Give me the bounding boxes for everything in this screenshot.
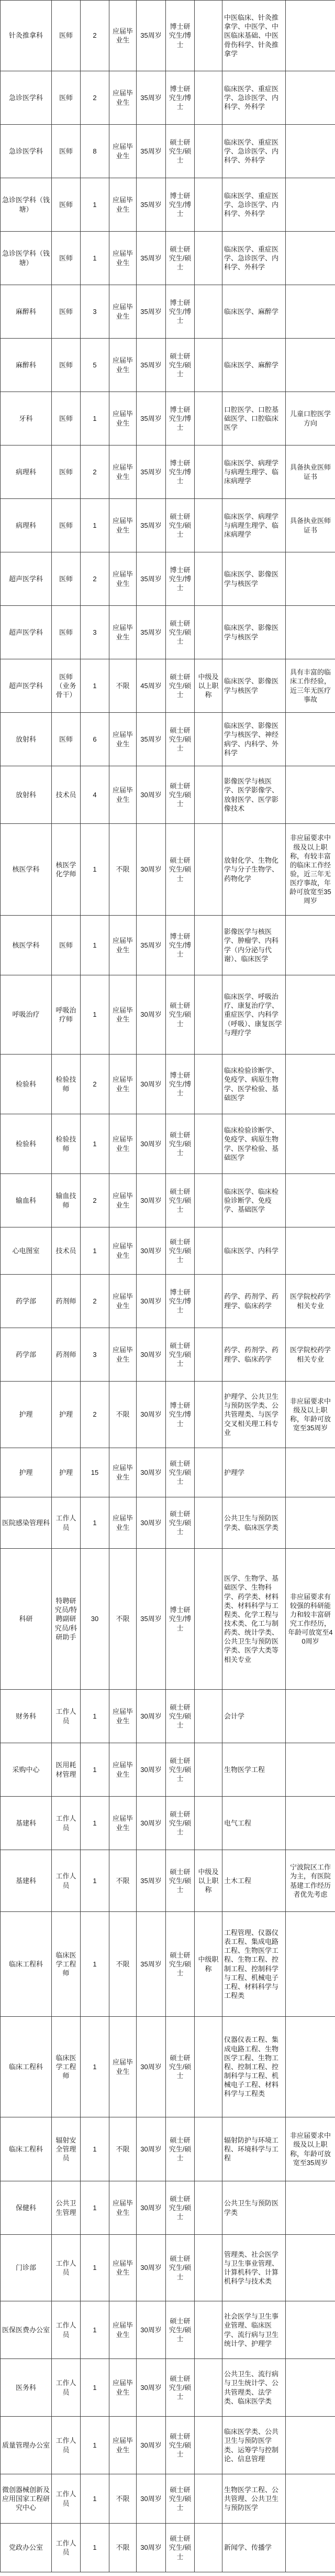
cell-major: 临床医学、影像医学与核医学 <box>222 659 286 713</box>
cell-department: 护理 <box>1 1448 52 1497</box>
cell-major: 临床医学、重症医学、急诊医学、内科学、外科学 <box>222 71 286 125</box>
cell-degree: 硕士研究生/硕士 <box>166 232 195 285</box>
cell-headcount: 1 <box>81 178 109 232</box>
cell-headcount: 1 <box>81 1227 109 1275</box>
cell-position: 医师 <box>52 552 81 606</box>
cell-graduate-type: 应届毕业生 <box>109 1055 137 1114</box>
cell-title-requirement <box>195 71 222 125</box>
cell-title-requirement <box>195 1382 222 1448</box>
cell-position: 特聘研究员/特聘副研究员/科研助手 <box>52 1549 81 1690</box>
cell-department: 财务科 <box>1 1690 52 1743</box>
cell-position: 医师 <box>52 713 81 766</box>
cell-title-requirement <box>195 1055 222 1114</box>
cell-headcount: 1 <box>81 499 109 552</box>
cell-graduate-type: 应届毕业生 <box>109 975 137 1055</box>
cell-degree: 博士研究生/博士 <box>166 552 195 606</box>
cell-major: 临床医学、影像医学与核医学 <box>222 606 286 659</box>
cell-headcount: 1 <box>81 2017 109 2117</box>
table-row: 检验科检验技师2应届毕业生30周岁博士研究生/博士临床检验诊断学、免疫学、病原生… <box>1 1055 335 1114</box>
cell-degree: 硕士研究生/硕士 <box>166 2181 195 2235</box>
cell-remark <box>286 1227 335 1275</box>
cell-remark <box>286 916 335 975</box>
cell-age-limit: 30周岁 <box>137 1382 166 1448</box>
cell-position: 工作人员 <box>52 2417 81 2474</box>
cell-position: 临床医学工程师 <box>52 1912 81 2017</box>
cell-title-requirement <box>195 2117 222 2181</box>
cell-remark <box>286 178 335 232</box>
cell-department: 检验科 <box>1 1114 52 1174</box>
table-row: 保健科公共卫生管理1应届毕业生30周岁硕士研究生/硕士公共卫生与预防医学类 <box>1 2181 335 2235</box>
cell-title-requirement <box>195 606 222 659</box>
cell-graduate-type: 应届毕业生 <box>109 1114 137 1174</box>
cell-degree: 博士研究生/博士 <box>166 178 195 232</box>
table-row: 检验科检验技师1应届毕业生30周岁硕士研究生/硕士临床检验诊断学、免疫学、病原生… <box>1 1114 335 1174</box>
cell-age-limit: 35周岁 <box>137 232 166 285</box>
cell-remark <box>286 2181 335 2235</box>
cell-headcount: 2 <box>81 1055 109 1114</box>
cell-graduate-type: 应届毕业生 <box>109 339 137 392</box>
cell-position: 药剂师 <box>52 1328 81 1382</box>
cell-department: 基建科 <box>1 1850 52 1912</box>
cell-department: 医务科 <box>1 2359 52 2417</box>
cell-department: 心电图室 <box>1 1227 52 1275</box>
table-row: 麻醉科医师3应届毕业生35周岁博士研究生/博士临床医学、麻醉学 <box>1 285 335 339</box>
cell-degree: 硕士研究生/硕士 <box>166 2524 195 2572</box>
cell-major: 护理学 <box>222 1448 286 1497</box>
cell-department: 呼吸治疗 <box>1 975 52 1055</box>
cell-remark: 医学院校药学相关专业 <box>286 1328 335 1382</box>
cell-position: 工作人员 <box>52 2524 81 2572</box>
cell-department: 医保医费办公室 <box>1 2301 52 2359</box>
cell-remark <box>286 1448 335 1497</box>
cell-headcount: 4 <box>81 766 109 824</box>
table-row: 采购中心医用耗材管理1应届毕业生30周岁硕士研究生/硕士生物医学工程 <box>1 1743 335 1797</box>
cell-degree: 硕士研究生/硕士 <box>166 1497 195 1549</box>
cell-major: 新闻学、传播学 <box>222 2524 286 2572</box>
cell-degree: 硕士研究生/硕士 <box>166 1850 195 1912</box>
cell-title-requirement <box>195 766 222 824</box>
cell-headcount: 1 <box>81 2417 109 2474</box>
cell-headcount: 1 <box>81 1797 109 1850</box>
table-row: 临床工程科辐射安全管理员1不限30周岁硕士研究生/硕士辐射防护与环境工程、环境科… <box>1 2117 335 2181</box>
cell-remark <box>286 713 335 766</box>
cell-degree: 硕士研究生/硕士 <box>166 606 195 659</box>
cell-headcount: 2 <box>81 1174 109 1227</box>
cell-age-limit: 35周岁 <box>137 1549 166 1690</box>
cell-headcount: 3 <box>81 1328 109 1382</box>
cell-headcount: 1 <box>81 2301 109 2359</box>
cell-major: 公共卫生与预防医学类、临床医学类 <box>222 1497 286 1549</box>
cell-remark <box>286 552 335 606</box>
cell-position: 工作人员 <box>52 2474 81 2524</box>
cell-major: 临床医学、麻醉学 <box>222 285 286 339</box>
cell-degree: 硕士研究生/硕士 <box>166 824 195 916</box>
cell-title-requirement: 中级及以上职称 <box>195 1850 222 1912</box>
cell-graduate-type: 不限 <box>109 2117 137 2181</box>
cell-position: 医师（业务骨干） <box>52 659 81 713</box>
cell-major: 口腔医学、口腔基础医学、口腔临床医学 <box>222 392 286 445</box>
cell-age-limit: 30周岁 <box>137 2417 166 2474</box>
cell-graduate-type: 不限 <box>109 1549 137 1690</box>
cell-major: 临床医学、临床检验诊断学、免疫学、基础医学 <box>222 1174 286 1227</box>
cell-age-limit: 30周岁 <box>137 766 166 824</box>
cell-headcount: 1 <box>81 392 109 445</box>
cell-major: 仪器仪表工程、集成电路工程、生物医学工程、生物工程、控制工程、控制科学与工程、机… <box>222 2017 286 2117</box>
table-row: 基建科工作人员1应届毕业生30周岁硕士研究生/硕士电气工程 <box>1 1797 335 1850</box>
cell-department: 核医学科 <box>1 824 52 916</box>
cell-headcount: 1 <box>81 1497 109 1549</box>
cell-degree: 硕士研究生/硕士 <box>166 1448 195 1497</box>
cell-major: 临床医学、内科学 <box>222 1227 286 1275</box>
cell-position: 工作人员 <box>52 1850 81 1912</box>
cell-graduate-type: 应届毕业生 <box>109 552 137 606</box>
cell-remark: 宁波院区工作为主，有医院基建工作经历者优先考虑 <box>286 1850 335 1912</box>
cell-department: 核医学科 <box>1 916 52 975</box>
cell-graduate-type: 应届毕业生 <box>109 2235 137 2301</box>
cell-age-limit: 35周岁 <box>137 916 166 975</box>
cell-title-requirement <box>195 2474 222 2524</box>
cell-degree: 硕士研究生/硕士 <box>166 1174 195 1227</box>
cell-major: 影像医学与核医学、医学影像学、放射医学、医学影像技术 <box>222 766 286 824</box>
cell-title-requirement <box>195 285 222 339</box>
cell-headcount: 1 <box>81 975 109 1055</box>
cell-major: 临床医学、麻醉学 <box>222 339 286 392</box>
cell-remark <box>286 2017 335 2117</box>
cell-headcount: 1 <box>81 2359 109 2417</box>
cell-major: 医学、生物学、基础医学、生物科学、药学类、材料类、材料科学与工程类、化学工程与技… <box>222 1549 286 1690</box>
cell-age-limit: 30周岁 <box>137 824 166 916</box>
cell-age-limit: 35周岁 <box>137 178 166 232</box>
cell-department: 麻醉科 <box>1 285 52 339</box>
cell-age-limit: 35周岁 <box>137 1912 166 2017</box>
cell-major: 临床医学、影像医学与核医学 <box>222 552 286 606</box>
cell-position: 呼吸治疗师 <box>52 975 81 1055</box>
cell-position: 工作人员 <box>52 1497 81 1549</box>
cell-headcount: 1 <box>81 1743 109 1797</box>
cell-major: 社会医学与卫生事业管理、临床医学、流行病与卫生统计学、护理学 <box>222 2301 286 2359</box>
cell-department: 微创器械创新及应用国家工程研究中心 <box>1 2474 52 2524</box>
cell-headcount: 15 <box>81 1448 109 1497</box>
cell-title-requirement <box>195 1275 222 1328</box>
cell-age-limit: 35周岁 <box>137 71 166 125</box>
cell-headcount: 2 <box>81 1275 109 1328</box>
cell-degree: 硕士研究生/硕士 <box>166 659 195 713</box>
cell-graduate-type: 应届毕业生 <box>109 766 137 824</box>
cell-age-limit: 35周岁 <box>137 1 166 71</box>
cell-headcount: 5 <box>81 339 109 392</box>
cell-department: 基建科 <box>1 1797 52 1850</box>
cell-headcount: 1 <box>81 1912 109 2017</box>
table-row: 护理护理15应届毕业生30周岁硕士研究生/硕士护理学 <box>1 1448 335 1497</box>
cell-remark <box>286 71 335 125</box>
cell-title-requirement <box>195 125 222 178</box>
cell-department: 药学部 <box>1 1328 52 1382</box>
cell-degree: 硕士研究生/硕士 <box>166 499 195 552</box>
cell-graduate-type: 应届毕业生 <box>109 1275 137 1328</box>
cell-title-requirement <box>195 2417 222 2474</box>
recruitment-table: 针灸推拿科医师2应届毕业生35周岁博士研究生/博士中医临床、针灸推拿学、中医学、… <box>0 0 335 2572</box>
table-row: 医院感染管理科工作人员1应届毕业生30周岁硕士研究生/硕士公共卫生与预防医学类、… <box>1 1497 335 1549</box>
table-row: 放射科医师6应届毕业生35周岁硕士研究生/硕士临床医学、影像医学与核医学、神经病… <box>1 713 335 766</box>
cell-department: 保健科 <box>1 2181 52 2235</box>
cell-department: 医院感染管理科 <box>1 1497 52 1549</box>
cell-graduate-type: 应届毕业生 <box>109 285 137 339</box>
cell-headcount: 1 <box>81 824 109 916</box>
table-row: 科研特聘研究员/特聘副研究员/科研助手30不限35周岁博士研究生/博士医学、生物… <box>1 1549 335 1690</box>
table-row: 病理科医师1应届毕业生35周岁硕士研究生/硕士临床医学、病理学与病理生理学、临床… <box>1 499 335 552</box>
cell-degree: 博士研究生/博士 <box>166 285 195 339</box>
cell-graduate-type: 应届毕业生 <box>109 71 137 125</box>
table-body: 针灸推拿科医师2应届毕业生35周岁博士研究生/博士中医临床、针灸推拿学、中医学、… <box>1 1 335 2572</box>
cell-age-limit: 30周岁 <box>137 2017 166 2117</box>
cell-remark: 具备执业医师证书 <box>286 445 335 499</box>
cell-department: 质量管理办公室 <box>1 2417 52 2474</box>
cell-graduate-type: 应届毕业生 <box>109 1797 137 1850</box>
cell-age-limit: 30周岁 <box>137 2359 166 2417</box>
cell-major: 临床医学类、公共卫生与预防医学类、运筹学与控制论、信息管理 <box>222 2417 286 2474</box>
table-row: 基建科工作人员1不限35周岁硕士研究生/硕士中级及以上职称土木工程宁波院区工作为… <box>1 1850 335 1912</box>
cell-title-requirement <box>195 445 222 499</box>
cell-remark <box>286 2301 335 2359</box>
cell-department: 采购中心 <box>1 1743 52 1797</box>
cell-age-limit: 30周岁 <box>137 2524 166 2572</box>
cell-position: 临床医学工程师 <box>52 2017 81 2117</box>
cell-department: 病理科 <box>1 499 52 552</box>
cell-degree: 硕士研究生/硕士 <box>166 975 195 1055</box>
cell-department: 牙科 <box>1 392 52 445</box>
cell-remark <box>286 1497 335 1549</box>
cell-remark <box>286 606 335 659</box>
cell-age-limit: 30周岁 <box>137 1055 166 1114</box>
cell-remark <box>286 285 335 339</box>
cell-remark <box>286 766 335 824</box>
cell-age-limit: 30周岁 <box>137 1797 166 1850</box>
cell-remark <box>286 1114 335 1174</box>
cell-degree: 硕士研究生/硕士 <box>166 1114 195 1174</box>
table-row: 麻醉科医师5应届毕业生35周岁硕士研究生/硕士临床医学、麻醉学 <box>1 339 335 392</box>
cell-department: 急诊医学科（钱塘） <box>1 178 52 232</box>
cell-degree: 硕士研究生/硕士 <box>166 713 195 766</box>
cell-age-limit: 30周岁 <box>137 1690 166 1743</box>
table-row: 心电图室技术员1应届毕业生30周岁硕士研究生/硕士临床医学、内科学 <box>1 1227 335 1275</box>
cell-position: 医师 <box>52 499 81 552</box>
cell-position: 护理 <box>52 1382 81 1448</box>
cell-department: 急诊医学科 <box>1 71 52 125</box>
cell-position: 辐射安全管理员 <box>52 2117 81 2181</box>
cell-graduate-type: 不限 <box>109 659 137 713</box>
cell-remark: 非应届要求中级及以上职称，有较丰富的临床工作经验，近三年无医疗事故，年龄可放宽至… <box>286 824 335 916</box>
cell-degree: 博士研究生/博士 <box>166 445 195 499</box>
cell-age-limit: 35周岁 <box>137 606 166 659</box>
cell-graduate-type: 应届毕业生 <box>109 232 137 285</box>
cell-age-limit: 30周岁 <box>137 1743 166 1797</box>
table-row: 质量管理办公室工作人员1应届毕业生30周岁硕士研究生/硕士临床医学类、公共卫生与… <box>1 2417 335 2474</box>
cell-remark <box>286 1174 335 1227</box>
cell-position: 医师 <box>52 125 81 178</box>
cell-remark <box>286 1743 335 1797</box>
cell-headcount: 6 <box>81 713 109 766</box>
cell-graduate-type: 应届毕业生 <box>109 125 137 178</box>
cell-major: 工程管理、仪器仪表工程、集成电路工程、生物医学工程、生物工程、控制工程、控制科学… <box>222 1912 286 2017</box>
cell-department: 药学部 <box>1 1275 52 1328</box>
cell-title-requirement <box>195 1114 222 1174</box>
cell-title-requirement <box>195 1448 222 1497</box>
table-row: 核医学科医师1应届毕业生35周岁博士研究生/博士影像医学与核医学、肿瘤学、内科学… <box>1 916 335 975</box>
cell-position: 医师 <box>52 178 81 232</box>
cell-remark: 医学院校药学相关专业 <box>286 1275 335 1328</box>
cell-department: 急诊医学科 <box>1 125 52 178</box>
cell-title-requirement <box>195 1797 222 1850</box>
cell-title-requirement <box>195 1227 222 1275</box>
cell-age-limit: 30周岁 <box>137 975 166 1055</box>
table-row: 药学部药剂师3应届毕业生30周岁硕士研究生/硕士药学、药剂学、药理学、临床药学医… <box>1 1328 335 1382</box>
cell-department: 临床工程科 <box>1 2117 52 2181</box>
table-row: 急诊医学科医师2应届毕业生35周岁博士研究生/博士临床医学、重症医学、急诊医学、… <box>1 71 335 125</box>
cell-headcount: 1 <box>81 2524 109 2572</box>
cell-title-requirement <box>195 2017 222 2117</box>
cell-title-requirement <box>195 1174 222 1227</box>
table-row: 病理科医师2应届毕业生35周岁博士研究生/博士临床医学、病理学与病理生理学、临床… <box>1 445 335 499</box>
cell-major: 生物医学工程 <box>222 1743 286 1797</box>
cell-position: 医师 <box>52 1 81 71</box>
cell-remark <box>286 1 335 71</box>
cell-title-requirement <box>195 2359 222 2417</box>
cell-headcount: 1 <box>81 2474 109 2524</box>
recruitment-table-page: 针灸推拿科医师2应届毕业生35周岁博士研究生/博士中医临床、针灸推拿学、中医学、… <box>0 0 335 2572</box>
cell-major: 临床医学、重症医学、急诊医学、内科学、外科学 <box>222 125 286 178</box>
cell-position: 技术员 <box>52 1227 81 1275</box>
cell-age-limit: 30周岁 <box>137 1227 166 1275</box>
cell-degree: 硕士研究生/硕士 <box>166 1797 195 1850</box>
cell-major: 临床医学、病理学与病理生理学、临床病理学 <box>222 499 286 552</box>
cell-major: 临床医学、呼吸治疗、康复治疗学、重症医学、内科学（呼吸）、康复医学与理疗学 <box>222 975 286 1055</box>
cell-major: 生物医学工程、公共管理、公共卫生与预防医学 <box>222 2474 286 2524</box>
cell-position: 药剂师 <box>52 1275 81 1328</box>
cell-graduate-type: 应届毕业生 <box>109 1227 137 1275</box>
cell-major: 临床医学、病理学与病理生理学、临床病理学 <box>222 445 286 499</box>
cell-title-requirement <box>195 1 222 71</box>
cell-position: 医师 <box>52 606 81 659</box>
cell-major: 管理类、社会医学与卫生事业管理、计算机科学、计算机科学与技术类 <box>222 2235 286 2301</box>
table-row: 医保医费办公室工作人员1应届毕业生30周岁硕士研究生/硕士社会医学与卫生事业管理… <box>1 2301 335 2359</box>
cell-age-limit: 35周岁 <box>137 392 166 445</box>
cell-headcount: 1 <box>81 232 109 285</box>
cell-graduate-type: 应届毕业生 <box>109 606 137 659</box>
cell-remark: 具有丰富的临床工作经验，近三年无医疗事故 <box>286 659 335 713</box>
cell-remark: 非应届要求中级及以上职称，年龄可放宽至35周岁 <box>286 2117 335 2181</box>
cell-department: 科研 <box>1 1549 52 1690</box>
cell-department: 针灸推拿科 <box>1 1 52 71</box>
cell-department: 检验科 <box>1 1055 52 1114</box>
cell-age-limit: 30周岁 <box>137 2474 166 2524</box>
cell-headcount: 2 <box>81 1382 109 1448</box>
cell-graduate-type: 应届毕业生 <box>109 713 137 766</box>
cell-graduate-type: 应届毕业生 <box>109 1328 137 1382</box>
cell-degree: 硕士研究生/硕士 <box>166 339 195 392</box>
cell-position: 核医学化学师 <box>52 824 81 916</box>
cell-age-limit: 30周岁 <box>137 1448 166 1497</box>
cell-graduate-type: 不限 <box>109 1912 137 2017</box>
cell-title-requirement: 中级职称 <box>195 1912 222 2017</box>
cell-age-limit: 35周岁 <box>137 499 166 552</box>
cell-remark: 非应届要求中级及以上职称，年龄可放宽至35周岁 <box>286 1382 335 1448</box>
cell-age-limit: 30周岁 <box>137 1174 166 1227</box>
cell-remark <box>286 1690 335 1743</box>
cell-headcount: 3 <box>81 606 109 659</box>
cell-title-requirement <box>195 975 222 1055</box>
cell-age-limit: 30周岁 <box>137 1275 166 1328</box>
cell-position: 医用耗材管理 <box>52 1743 81 1797</box>
cell-major: 土木工程 <box>222 1850 286 1912</box>
cell-age-limit: 35周岁 <box>137 713 166 766</box>
cell-department: 急诊医学科（钱塘） <box>1 232 52 285</box>
cell-graduate-type: 应届毕业生 <box>109 1 137 71</box>
cell-graduate-type: 应届毕业生 <box>109 1690 137 1743</box>
cell-graduate-type: 不限 <box>109 1382 137 1448</box>
cell-degree: 博士研究生/博士 <box>166 71 195 125</box>
cell-department: 麻醉科 <box>1 339 52 392</box>
table-row: 临床工程科临床医学工程师1不限35周岁硕士研究生/硕士中级职称工程管理、仪器仪表… <box>1 1912 335 2017</box>
cell-title-requirement <box>195 1690 222 1743</box>
cell-remark <box>286 2235 335 2301</box>
table-row: 党政办公室工作人员1不限30周岁硕士研究生/硕士新闻学、传播学 <box>1 2524 335 2572</box>
cell-position: 工作人员 <box>52 2235 81 2301</box>
cell-department: 超声医学科 <box>1 659 52 713</box>
table-row: 放射科技术员4应届毕业生30周岁硕士研究生/硕士影像医学与核医学、医学影像学、放… <box>1 766 335 824</box>
cell-graduate-type: 应届毕业生 <box>109 445 137 499</box>
cell-title-requirement <box>195 178 222 232</box>
table-row: 针灸推拿科医师2应届毕业生35周岁博士研究生/博士中医临床、针灸推拿学、中医学、… <box>1 1 335 71</box>
cell-position: 工作人员 <box>52 1690 81 1743</box>
cell-degree: 硕士研究生/硕士 <box>166 1912 195 2017</box>
cell-headcount: 1 <box>81 1690 109 1743</box>
cell-degree: 博士研究生/博士 <box>166 1549 195 1690</box>
cell-graduate-type: 应届毕业生 <box>109 499 137 552</box>
cell-major: 临床检验诊断学、免疫学、病原生物学、医学检验、基础医学 <box>222 1114 286 1174</box>
cell-department: 临床工程科 <box>1 1912 52 2017</box>
cell-headcount: 1 <box>81 916 109 975</box>
cell-department: 超声医学科 <box>1 552 52 606</box>
cell-remark <box>286 125 335 178</box>
table-row: 护理护理2不限30周岁博士研究生/博士护理学、公共卫生与预防医学类、公共管理类、… <box>1 1382 335 1448</box>
cell-major: 影像医学与核医学、肿瘤学、内科学（内分泌与代谢）、临床医学 <box>222 916 286 975</box>
cell-major: 临床医学、影像医学与核医学、神经病学、内科学、外科学 <box>222 713 286 766</box>
cell-degree: 博士研究生/博士 <box>166 1382 195 1448</box>
cell-major: 临床医学、重症医学、急诊医学、内科学、外科学 <box>222 232 286 285</box>
table-row: 超声医学科医师2应届毕业生35周岁博士研究生/博士临床医学、影像医学与核医学 <box>1 552 335 606</box>
cell-department: 病理科 <box>1 445 52 499</box>
cell-graduate-type: 不限 <box>109 824 137 916</box>
table-row: 超声医学科医师3应届毕业生35周岁硕士研究生/硕士临床医学、影像医学与核医学 <box>1 606 335 659</box>
cell-headcount: 3 <box>81 285 109 339</box>
cell-remark <box>286 2474 335 2524</box>
cell-age-limit: 30周岁 <box>137 2117 166 2181</box>
table-row: 牙科医师1应届毕业生35周岁博士研究生/博士口腔医学、口腔基础医学、口腔临床医学… <box>1 392 335 445</box>
cell-graduate-type: 应届毕业生 <box>109 1743 137 1797</box>
cell-major: 放射化学、生物化学与分子生物学、药物化学 <box>222 824 286 916</box>
cell-title-requirement <box>195 1497 222 1549</box>
cell-graduate-type: 应届毕业生 <box>109 178 137 232</box>
cell-graduate-type: 应届毕业生 <box>109 2181 137 2235</box>
cell-title-requirement <box>195 552 222 606</box>
table-row: 门诊部工作人员1应届毕业生30周岁硕士研究生/硕士管理类、社会医学与卫生事业管理… <box>1 2235 335 2301</box>
cell-age-limit: 35周岁 <box>137 1850 166 1912</box>
cell-major: 护理学、公共卫生与预防医学类、公共管理类、与医学交叉相关理工科专业 <box>222 1382 286 1448</box>
cell-headcount: 2 <box>81 71 109 125</box>
cell-degree: 博士研究生/博士 <box>166 392 195 445</box>
cell-degree: 硕士研究生/硕士 <box>166 1227 195 1275</box>
cell-remark <box>286 1797 335 1850</box>
